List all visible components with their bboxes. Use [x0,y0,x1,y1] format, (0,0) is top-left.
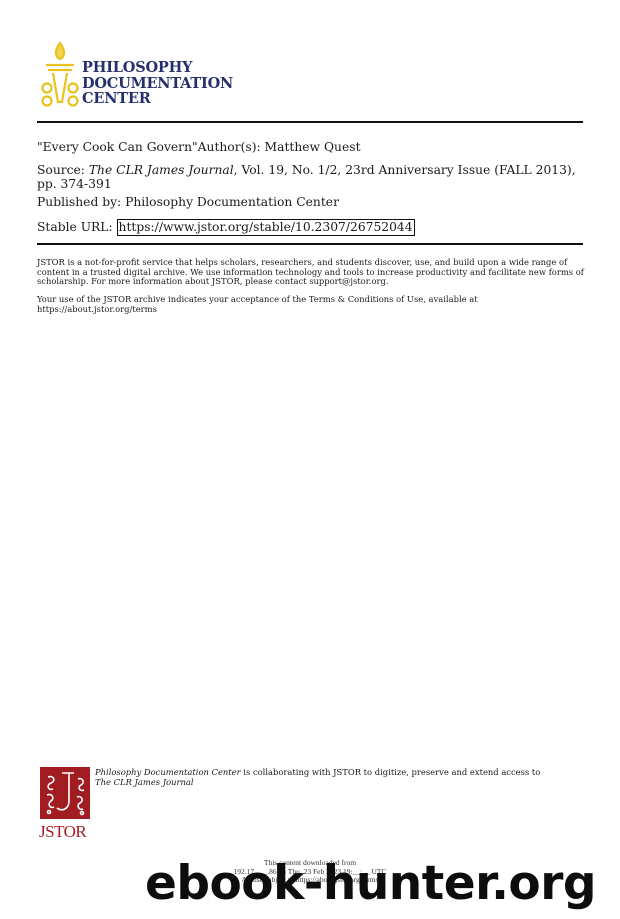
collaboration-statement: Philosophy Documentation Center is colla… [95,768,555,787]
jstor-j-emblem-icon [40,767,90,819]
jstor-wordmark: JSTOR [39,822,86,842]
torch-columns-icon [40,40,80,112]
publisher-logo: PHILOSOPHY DOCUMENTATION CENTER [40,40,230,112]
publisher-name: Philosophy Documentation Center [125,195,339,209]
collab-org: Philosophy Documentation Center [95,767,241,777]
watermark: ebook-hunter.org [145,856,596,912]
stable-url-link[interactable]: https://www.jstor.org/stable/10.2307/267… [117,219,415,236]
stable-url-label: Stable URL: [37,220,113,234]
jstor-notice: JSTOR is a not-for-profit service that h… [37,258,585,287]
journal-title: The CLR James Journal [89,163,234,177]
logo-line-3: CENTER [82,91,233,107]
source-line: Source: The CLR James Journal, Vol. 19, … [37,164,587,191]
top-divider [37,121,583,123]
publisher-logo-text: PHILOSOPHY DOCUMENTATION CENTER [82,60,233,107]
source-details: , Vol. 19, No. 1/2, 23rd Anniversary Iss… [234,163,576,177]
published-by-label: Published by: [37,195,121,209]
logo-line-1: PHILOSOPHY [82,60,233,76]
logo-line-2: DOCUMENTATION [82,76,233,92]
page-range: pp. 374-391 [37,177,112,191]
collab-text: is collaborating with JSTOR to digitize,… [241,767,541,777]
source-label: Source: [37,163,85,177]
collab-journal: The CLR James Journal [95,777,194,787]
stable-url-line: Stable URL: https://www.jstor.org/stable… [37,219,587,236]
published-by-line: Published by: Philosophy Documentation C… [37,196,587,210]
terms-notice: Your use of the JSTOR archive indicates … [37,295,585,314]
bottom-divider [37,243,583,245]
article-title-line: "Every Cook Can Govern"Author(s): Matthe… [37,141,587,155]
